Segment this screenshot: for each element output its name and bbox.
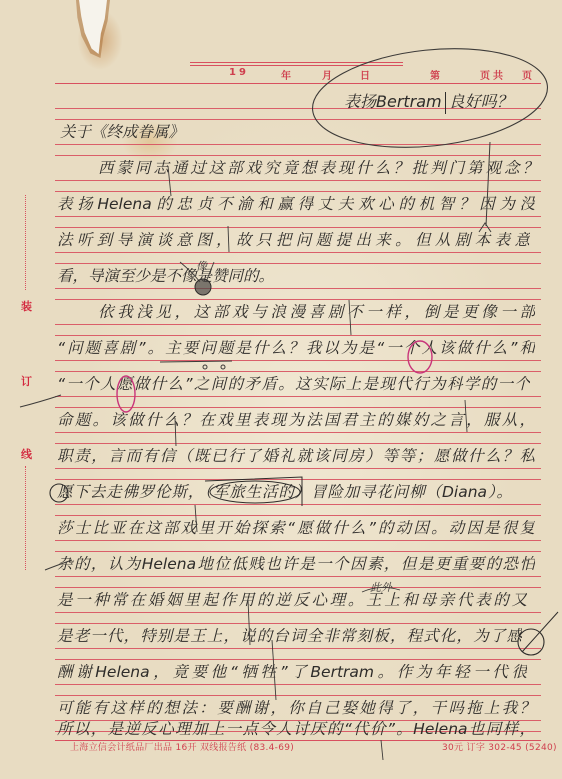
inserted-word: 此外 [370,579,392,595]
text-line: 杂的，认为Helena地位低贱也许是一个因素，但是更重要的恐怕 [57,552,535,576]
text-line: 莎士比亚在这部戏里开始探索“愿做什么”的动因。动因是很复 [57,516,535,540]
annotation-right-text: 良好吗？ [449,92,513,111]
text-line: 命题。该做什么？在戏里表现为法国君主的媒妁之言，服从， [57,408,535,432]
text-line: “问题喜剧”。主要问题是什么？我以为是“一个人该做什么”和 [57,336,535,360]
document-title: 关于《终成眷属》 [60,120,184,144]
text-line: 酬谢Helena，竟要他“牺牲”了Bertram。作为年轻一代很 [57,660,527,684]
text-line: “一个人愿做什么”之间的矛盾。这实际上是现代行为科学的一个 [57,372,530,396]
header-month-label: 月 [322,67,335,82]
margin-label-bind: 装 [21,298,32,314]
text-line: 西蒙同志通过这部戏究竟想表现什么？批判门第观念？ [98,156,538,180]
header-year: 19 [229,67,249,78]
header-year-label: 年 [281,67,294,82]
binding-dotted-line-upper [25,195,26,290]
margin-label-line: 线 [21,446,32,462]
text-line: 所以，是逆反心理加上一点令人讨厌的“代价”。Helena也同样， [57,717,535,741]
pencil-stroke [381,740,383,760]
header-pages-label: 页 [522,67,535,82]
text-line: 表扬Helena的忠贞不渝和赢得丈夫欢心的机智？因为没 [57,192,535,216]
inserted-word: 像 [196,258,207,274]
margin-label-order: 订 [21,373,32,389]
text-line: 看，导演至少是不像是赞同的。 [57,264,274,288]
annotation-left-text: 表扬Bertram [344,92,442,111]
header-double-rule-bottom [190,65,403,66]
header-page-total-label: 页共 [480,67,506,82]
header-page-label: 第 [430,67,443,82]
header-day-label: 日 [360,67,373,82]
footer-publisher: 上海立信会计纸品厂出品 16开 双线报告纸 (83.4-69) [70,740,294,753]
manuscript-page: 19 年 月 日 第 页共 页 装 订 线 表扬Bertram良好吗？ 关于《终… [0,0,562,779]
binding-dotted-line-lower [25,466,26,570]
text-line: 依我浅见，这部戏与浪漫喜剧不一样，倒是更像一部 [98,300,535,324]
text-line: 职责，言而有信（既已行了婚礼就该同房）等等；愿做什么？私 [57,444,535,468]
text-line: 法听到导演谈意图，故只把问题提出来。但从剧本表意 [57,228,530,252]
margin-annotation: 表扬Bertram良好吗？ [344,90,513,114]
text-line: 是老一代，特别是王上，说的台词全非常刻板，程式化，为了感 [57,624,522,648]
header-double-rule-top [190,62,403,63]
footer-catalog: 30元 订字 302-45 (5240) [442,740,557,753]
annotation-divider [445,92,446,114]
header-rule [55,83,541,84]
text-line: 是一种常在婚姻里起作用的逆反心理。王上和母亲代表的又 [57,588,527,612]
text-line: 愿下去走佛罗伦斯，（军旅生活的）冒险加寻花问柳（Diana）。 [57,480,512,504]
